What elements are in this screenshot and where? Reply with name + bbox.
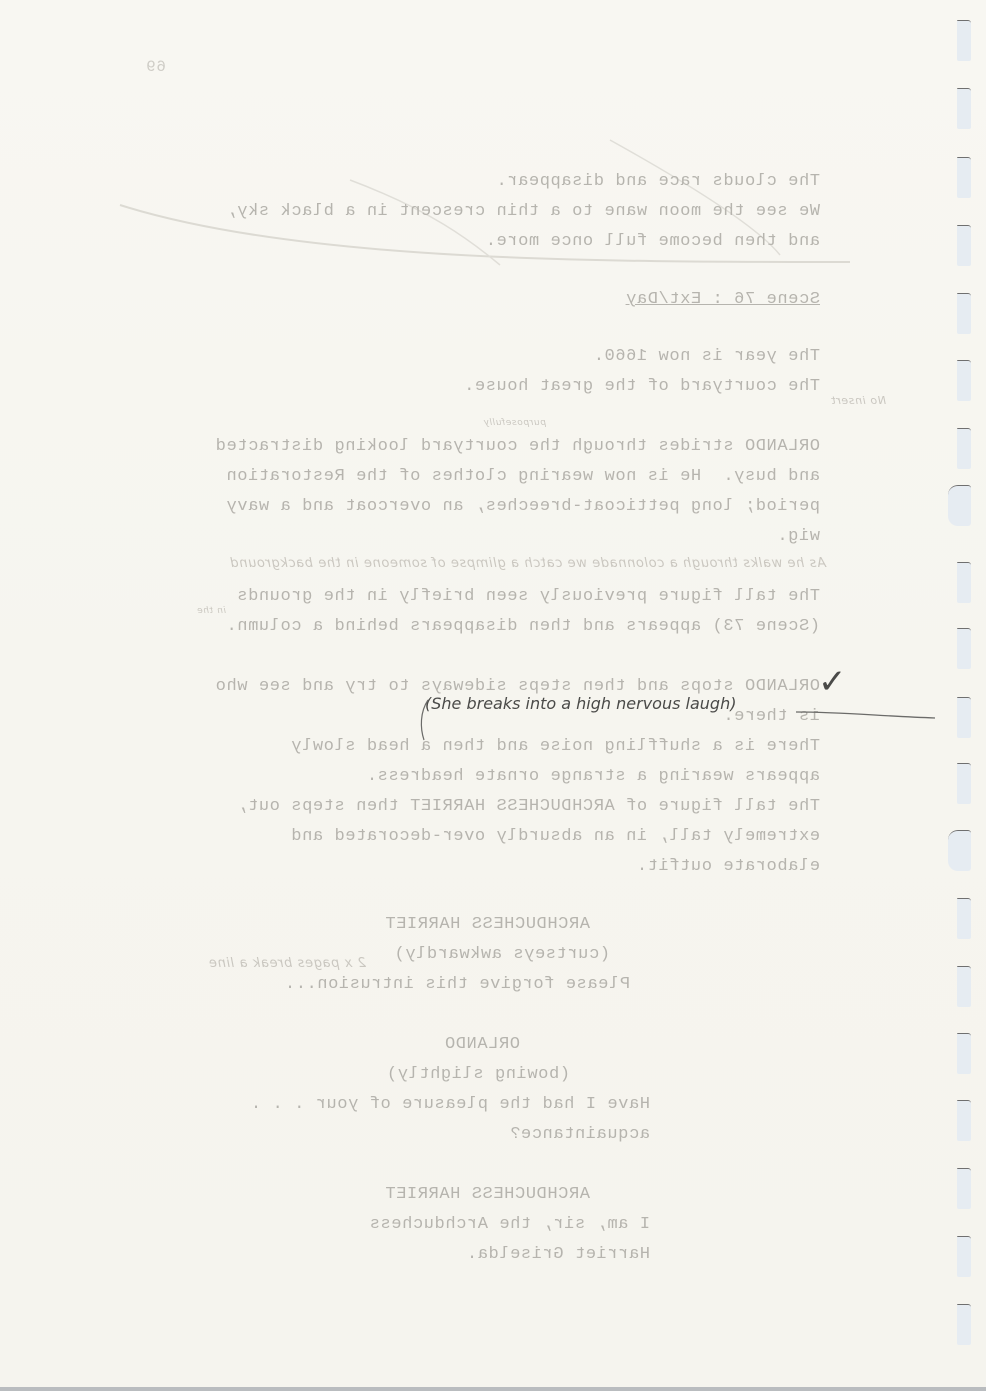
dialogue-line: Have I had the pleasure of your . . .	[250, 1095, 650, 1115]
character-name: ARCHDUCHESS HARRIET	[385, 1185, 590, 1205]
faint-inline-note: in the	[197, 606, 226, 616]
typed-line: elaborate outfit.	[636, 857, 820, 877]
typed-line: We see the moon wane to a thin crescent …	[226, 202, 820, 222]
typed-line: extremely tall, in an absurdly over-deco…	[291, 827, 820, 847]
faint-inline-note: purposefully	[483, 418, 546, 428]
typed-line: The courtyard of the great house.	[464, 377, 820, 397]
page-number: 69	[146, 58, 166, 76]
typed-line: The tall figure of ARCHDUCHESS HARRIET t…	[237, 797, 820, 817]
typed-line: and busy. He is now wearing clothes of t…	[226, 467, 820, 487]
dialogue-line: Harriet Griselda.	[466, 1245, 650, 1265]
typed-line: period; long petticoat-breeches, an over…	[226, 497, 820, 517]
faint-margin-note: As he walks through a colonnade we catch…	[230, 556, 826, 571]
handwritten-note: (She breaks into a high nervous laugh)	[425, 694, 736, 713]
typed-line: is there.	[723, 707, 820, 727]
typed-line: The clouds race and disappear.	[496, 172, 820, 192]
typed-line: (Scene 73) appears and then disappears b…	[226, 617, 820, 637]
typed-line: wig.	[777, 527, 820, 547]
character-name: ARCHDUCHESS HARRIET	[385, 915, 590, 935]
checkmark-icon: ✓	[818, 662, 847, 702]
faint-inline-note: 2 x pages break a line	[208, 956, 366, 971]
typed-line: The year is now 1660.	[593, 347, 820, 367]
typed-line: There is a shuffling noise and then a he…	[291, 737, 820, 757]
typed-line: ORLANDO strides through the courtyard lo…	[215, 437, 820, 457]
typed-line: appears wearing a strange ornate headres…	[366, 767, 820, 787]
dialogue-line: I am, sir, the Archduchess	[369, 1215, 650, 1235]
faint-margin-mark: No insert	[831, 394, 886, 407]
dialogue-line: acquaintance?	[510, 1125, 650, 1145]
dialogue-line: Please forgive this intrusion...	[284, 975, 630, 995]
scene-heading: Scene 76 : Ext/Day	[626, 290, 820, 310]
scanned-page: 69 The clouds race and disappear. We see…	[0, 0, 986, 1391]
parenthetical: (curtseys awkwardly)	[394, 945, 610, 965]
parenthetical: (bowing slightly)	[386, 1065, 570, 1085]
typed-line: and then become full once more.	[485, 232, 820, 252]
character-name: ORLANDO	[444, 1035, 520, 1055]
scan-edge	[0, 1387, 986, 1391]
typed-line: The tall figure previously seen briefly …	[237, 587, 820, 607]
